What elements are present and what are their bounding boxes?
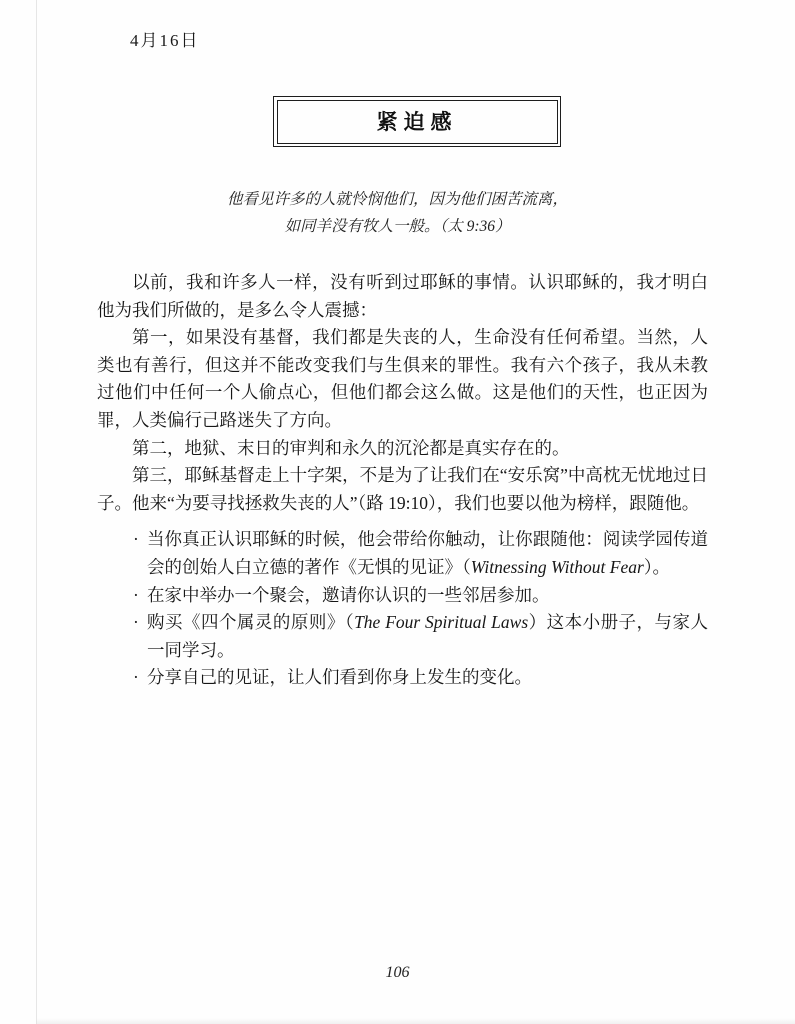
list-item-text: 分享自己的见证，让人们看到你身上发生的变化。 [147,667,532,687]
page-number: 106 [0,964,795,982]
list-item-text: 购买《四个属灵的原则》（ [147,612,354,632]
book-title-english: The Four Spiritual Laws [354,612,528,632]
list-item: ·当你真正认识耶稣的时候，他会带给你触动，让你跟随他：阅读学园传道会的创始人白立… [133,526,708,581]
bullet-marker: · [133,582,147,610]
bullet-marker: · [133,664,147,692]
book-page: 4月16日 紧迫感 他看见许多的人就怜悯他们，因为他们困苦流离， 如同羊没有牧人… [0,0,795,1024]
scan-edge-line [36,0,37,1024]
list-item: ·分享自己的见证，让人们看到你身上发生的变化。 [133,664,708,692]
list-item: ·在家中举办一个聚会，邀请你认识的一些邻居参加。 [133,582,708,610]
body-text: 以前，我和许多人一样，没有听到过耶稣的事情。认识耶稣的，我才明白他为我们所做的，… [97,269,708,692]
paragraph: 第三，耶稣基督走上十字架，不是为了让我们在“安乐窝”中高枕无忧地过日子。他来“为… [97,462,708,517]
book-title-english: Witnessing Without Fear [471,557,644,577]
scripture-quote: 他看见许多的人就怜悯他们，因为他们困苦流离， 如同羊没有牧人一般。（太 9:36… [60,186,735,240]
scripture-line: 他看见许多的人就怜悯他们，因为他们困苦流离， [60,186,735,213]
paragraph: 第二，地狱、末日的审判和永久的沉沦都是真实存在的。 [97,435,708,463]
chapter-title-box: 紧迫感 [273,96,561,147]
date-header: 4月16日 [130,26,200,51]
paragraph: 以前，我和许多人一样，没有听到过耶稣的事情。认识耶稣的，我才明白他为我们所做的，… [97,269,708,324]
bullet-marker: · [133,609,147,637]
title-inner-border: 紧迫感 [277,100,558,144]
scan-shadow [36,1018,795,1024]
action-list: ·当你真正认识耶稣的时候，他会带给你触动，让你跟随他：阅读学园传道会的创始人白立… [97,526,708,692]
paragraph: 第一，如果没有基督，我们都是失丧的人，生命没有任何希望。当然，人类也有善行，但这… [97,324,708,434]
list-item: ·购买《四个属灵的原则》（The Four Spiritual Laws）这本小… [133,609,708,664]
bullet-marker: · [133,526,147,554]
title-outer-border: 紧迫感 [273,96,561,147]
scripture-line: 如同羊没有牧人一般。（太 9:36） [60,213,735,240]
list-item-text: ）。 [644,557,670,577]
list-item-text: 在家中举办一个聚会，邀请你认识的一些邻居参加。 [147,585,550,605]
chapter-title: 紧迫感 [377,110,458,134]
